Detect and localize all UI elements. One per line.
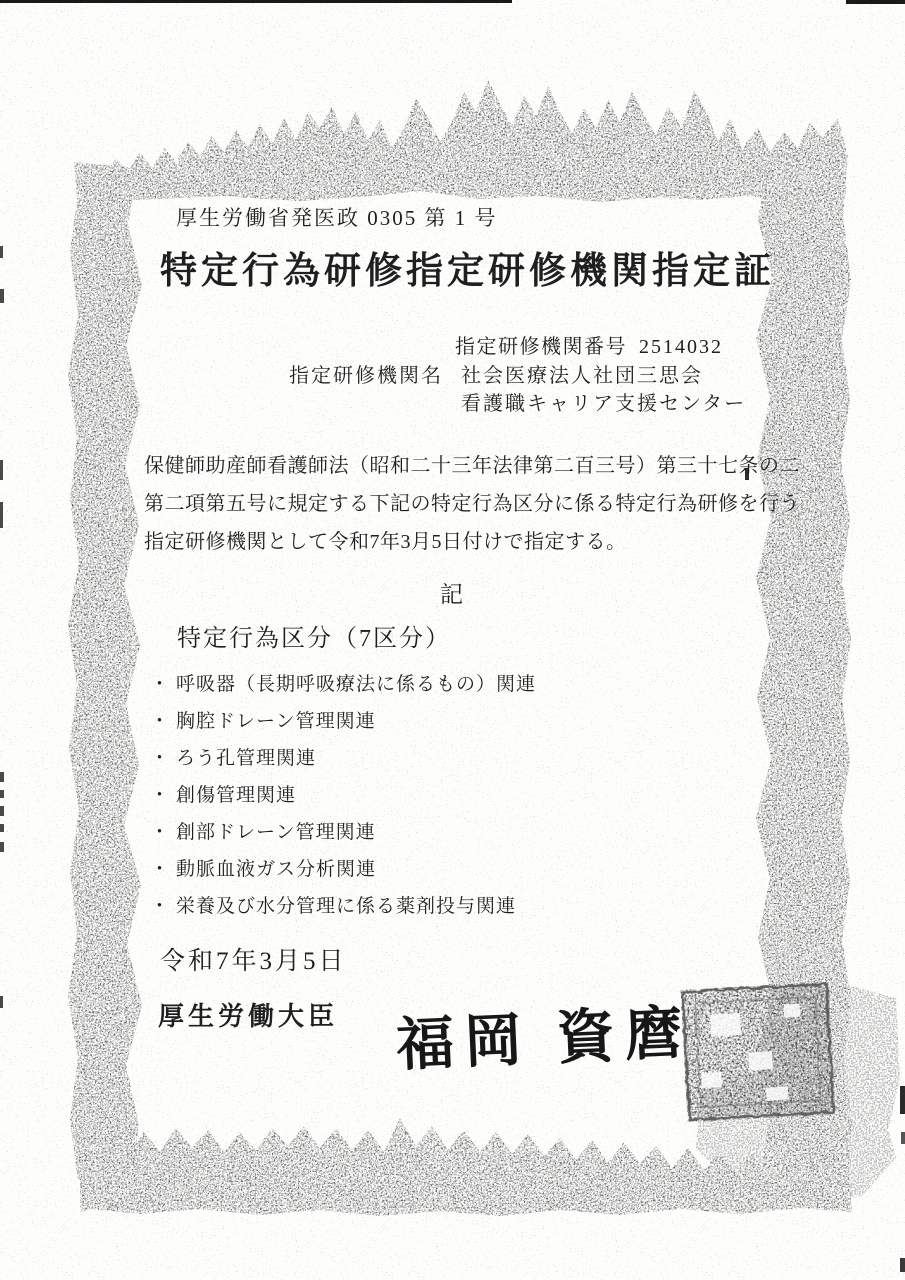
category-list: ・呼吸器（長期呼吸療法に係るもの）関連 ・胸腔ドレーン管理関連 ・ろう孔管理関連… (150, 666, 536, 925)
bullet-icon: ・ (150, 711, 170, 732)
document-number: 厚生労働省発医政 0305 第 1 号 (176, 202, 498, 232)
category-label: 呼吸器（長期呼吸療法に係るもの）関連 (176, 674, 536, 695)
list-item: ・創傷管理関連 (150, 777, 536, 814)
category-label: ろう孔管理関連 (176, 748, 316, 769)
minister-signature: 福岡 資麿 (394, 985, 694, 1082)
category-label: 栄養及び水分管理に係る薬剤投与関連 (176, 896, 516, 917)
institution-name-label: 指定研修機関名 (289, 359, 443, 388)
minister-seal-stamp (681, 982, 836, 1122)
bullet-icon: ・ (150, 896, 170, 917)
body-line: 第二項第五号に規定する下記の特定行為区分に係る特定行為研修を行う (144, 485, 800, 523)
institution-number-value: 2514032 (639, 336, 723, 358)
institution-name-value: 社会医療法人社団三思会 (461, 359, 703, 388)
institution-number-row: 指定研修機関番号2514032 (455, 330, 723, 359)
body-paragraph: 保健師助産師看護師法（昭和二十三年法律第二百三号）第三十七条の二 第二項第五号に… (144, 447, 800, 561)
list-item: ・栄養及び水分管理に係る薬剤投与関連 (150, 888, 536, 925)
certificate-title: 特定行為研修指定研修機関指定証 (160, 240, 775, 294)
bullet-icon: ・ (150, 674, 170, 695)
body-line: 保健師助産師看護師法（昭和二十三年法律第二百三号）第三十七条の二 (144, 447, 800, 485)
bullet-icon: ・ (150, 785, 170, 806)
bullet-icon: ・ (150, 859, 170, 880)
list-item: ・動脈血液ガス分析関連 (150, 851, 536, 888)
decorative-noise-border (0, 0, 905, 1280)
list-item: ・胸腔ドレーン管理関連 (150, 703, 536, 740)
record-marker: 記 (0, 576, 905, 609)
category-label: 創部ドレーン管理関連 (176, 822, 376, 843)
signer-title: 厚生労働大臣 (158, 996, 338, 1033)
list-item: ・創部ドレーン管理関連 (150, 814, 536, 851)
institution-name-value-line2: 看護職キャリア支援センター (461, 387, 746, 416)
bullet-icon: ・ (150, 748, 170, 769)
list-item: ・ろう孔管理関連 (150, 740, 536, 777)
institution-number-label: 指定研修機関番号 (455, 336, 627, 358)
list-item: ・呼吸器（長期呼吸療法に係るもの）関連 (150, 666, 536, 703)
category-label: 動脈血液ガス分析関連 (176, 859, 376, 880)
body-line: 指定研修機関として令和7年3月5日付けで指定する。 (144, 523, 800, 561)
category-label: 胸腔ドレーン管理関連 (176, 711, 376, 732)
certificate-page: 厚生労働省発医政 0305 第 1 号 特定行為研修指定研修機関指定証 指定研修… (0, 0, 905, 1280)
issue-date: 令和7年3月5日 (160, 941, 347, 977)
category-label: 創傷管理関連 (176, 785, 296, 806)
bullet-icon: ・ (150, 822, 170, 843)
section-heading: 特定行為区分（7区分） (177, 618, 451, 653)
